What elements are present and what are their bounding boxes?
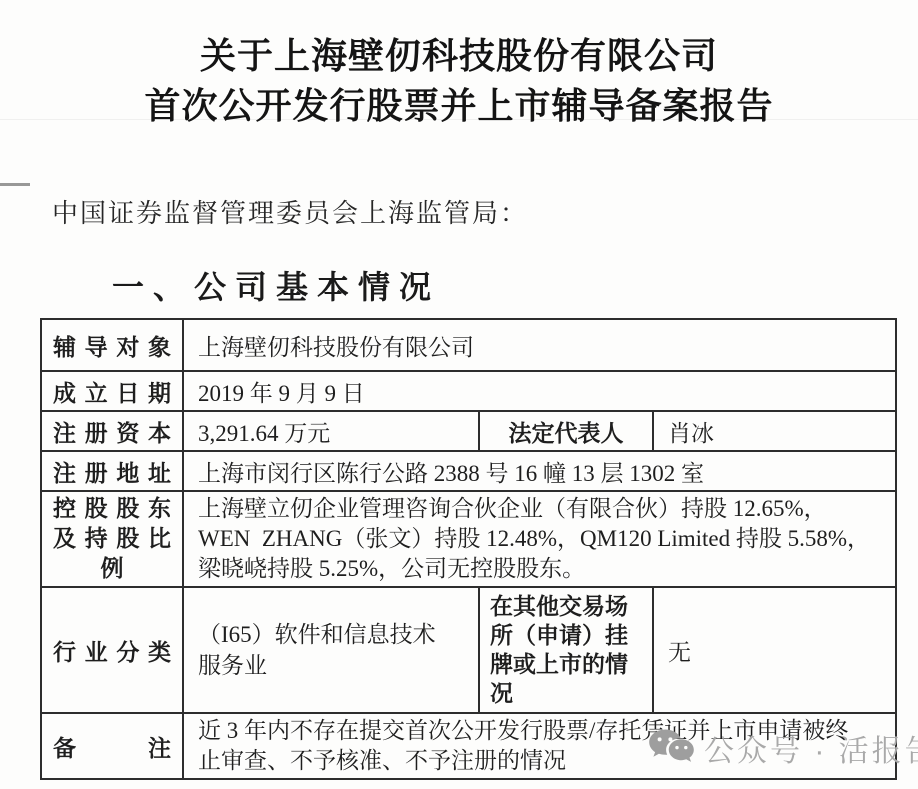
table-row-registered-address: 注册地址 上海市闵行区陈行公路 2388 号 16 幢 13 层 1302 室 (41, 451, 896, 491)
company-info-table: 辅导对象 上海壁仞科技股份有限公司 成立日期 2019 年 9 月 9 日 注册… (40, 318, 897, 780)
section-heading: 一、公司基本情况 (112, 262, 440, 308)
salutation: 中国证券监督管理委员会上海监管局： (52, 193, 528, 230)
row-label-other-listing: 在其他交易场所（申请）挂牌或上市的情况 (479, 587, 653, 713)
table-row-industry: 行业分类 （I65）软件和信息技术服务业 在其他交易场所（申请）挂牌或上市的情况… (41, 587, 896, 713)
row-label-registered-address: 注册地址 (41, 451, 183, 491)
row-label-guidance-target: 辅导对象 (41, 319, 183, 371)
scan-artifact-mark (0, 183, 30, 186)
row-label-establish-date: 成立日期 (41, 371, 183, 411)
title-line-2: 首次公开发行股票并上市辅导备案报告 (0, 81, 918, 131)
row-value-establish-date: 2019 年 9 月 9 日 (183, 371, 896, 411)
row-value-guidance-target: 上海壁仞科技股份有限公司 (183, 319, 896, 371)
row-label-controlling-shareholders: 控股股东 及持股比 例 (41, 491, 183, 587)
title-line-1: 关于上海壁仞科技股份有限公司 (0, 31, 918, 81)
row-label-industry: 行业分类 (41, 587, 183, 713)
table-row-guidance-target: 辅导对象 上海壁仞科技股份有限公司 (41, 319, 896, 371)
document-page: 关于上海壁仞科技股份有限公司 首次公开发行股票并上市辅导备案报告 中国证券监督管… (0, 0, 918, 789)
row-value-other-listing: 无 (653, 587, 896, 713)
row-value-registered-address: 上海市闵行区陈行公路 2388 号 16 幢 13 层 1302 室 (183, 451, 896, 491)
table-row-registered-capital: 注册资本 3,291.64 万元 法定代表人 肖冰 (41, 411, 896, 451)
watermark-text: 公众号 · 活报告 (704, 726, 918, 770)
table-row-establish-date: 成立日期 2019 年 9 月 9 日 (41, 371, 896, 411)
row-value-legal-representative: 肖冰 (653, 411, 896, 451)
row-label-legal-representative: 法定代表人 (479, 411, 653, 451)
wechat-icon (648, 728, 695, 768)
row-value-controlling-shareholders: 上海壁立仞企业管理咨询合伙企业（有限合伙）持股 12.65%， WEN ZHAN… (183, 491, 896, 587)
watermark: 公众号 · 活报告 (648, 726, 898, 770)
row-label-remarks: 备注 (41, 713, 183, 779)
row-value-registered-capital: 3,291.64 万元 (183, 411, 479, 451)
table-row-controlling-shareholders: 控股股东 及持股比 例 上海壁立仞企业管理咨询合伙企业（有限合伙）持股 12.6… (41, 491, 896, 587)
document-title: 关于上海壁仞科技股份有限公司 首次公开发行股票并上市辅导备案报告 (0, 31, 918, 131)
row-label-registered-capital: 注册资本 (41, 411, 183, 451)
row-value-industry: （I65）软件和信息技术服务业 (183, 587, 479, 713)
